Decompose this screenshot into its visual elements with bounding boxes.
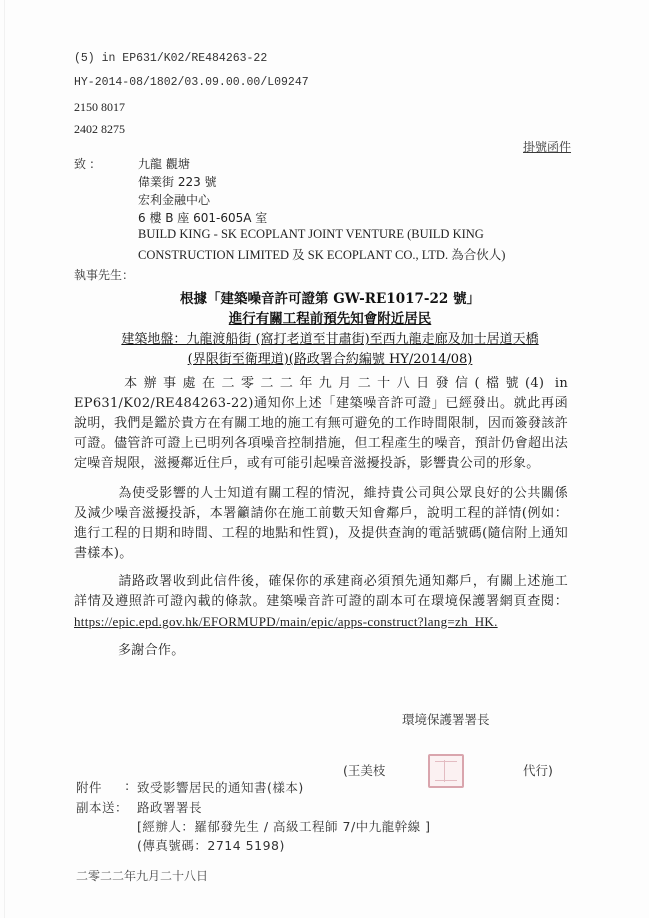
signatory-name: (王美枝: [343, 761, 385, 779]
paragraph-text: 為使受影響的人士知道有關工程的情況，維持貴公司與公眾良好的公共關係及減少噪音滋擾…: [74, 486, 568, 561]
address-line: 九龍 觀塘: [138, 155, 190, 172]
subject-line-notice: 進行有關工程前預先知會附近居民: [229, 311, 432, 327]
telephone-number: 2150 8017: [74, 100, 125, 115]
address-line: 宏利金融中心: [138, 191, 210, 208]
recipient-company-partners: CONSTRUCTION LIMITED 及 SK ECOPLANT CO., …: [138, 245, 505, 263]
address-line: 偉業街 223 號: [138, 173, 217, 190]
official-seal-stamp: [428, 754, 464, 788]
epd-permit-link[interactable]: https://epic.epd.gov.hk/EFORMUPD/main/ep…: [74, 614, 498, 629]
subject-block: 根據「建築噪音許可證第 GW-RE1017-22 號」 進行有關工程前預先知會附…: [100, 289, 560, 369]
enclosure-label: 附件: [76, 778, 102, 796]
signatory-title: 環境保護署署長: [402, 710, 490, 728]
file-reference: (5) in EP631/K02/RE484263-22: [74, 52, 267, 65]
recipient-company: BUILD KING - SK ECOPLANT JOINT VENTURE (…: [138, 227, 484, 242]
our-reference: HY-2014-08/1802/03.09.00.00/L09247: [74, 76, 309, 89]
to-label: 致 :: [74, 155, 94, 172]
enclosure-colon: :: [125, 778, 130, 793]
letter-page: (5) in EP631/K02/RE484263-22 HY-2014-08/…: [0, 0, 649, 918]
letter-date: 二零二二年九月二十八日: [76, 867, 208, 884]
cc-recipient: 路政署署長: [137, 798, 202, 816]
cc-handler: [經辦人：羅郁發先生 / 高級工程師 7/中九龍幹線 ]: [137, 817, 431, 835]
body-paragraph-2: 為使受影響的人士知道有關工程的情況，維持貴公司與公眾良好的公共關係及減少噪音滋擾…: [74, 484, 568, 564]
cc-fax: (傳真號碼：2714 5198): [137, 836, 285, 854]
cc-label: 副本送：: [76, 798, 128, 816]
enclosure-value: 致受影響居民的通知書(樣本): [137, 778, 304, 796]
paragraph-text: 請路政署收到此信件後，確保你的承建商必須預先通知鄰戶，有關上述施工詳情及遵照許可…: [74, 574, 568, 609]
subject-line-permit: 根據「建築噪音許可證第 GW-RE1017-22 號」: [100, 289, 560, 309]
closing-text: 多謝合作。: [118, 643, 185, 658]
salutation: 執事先生：: [74, 266, 134, 283]
address-line: 6 樓 B 座 601-605A 室: [138, 209, 267, 226]
subject-line-contract: (界限街至衛理道)(路政署合約編號 HY/2014/08): [188, 352, 473, 367]
paragraph-text: 本辦事處在二零二二年九月二十八日發信(檔號(4) in EP631/K02/RE…: [74, 376, 568, 471]
body-paragraph-3: 請路政署收到此信件後，確保你的承建商必須預先通知鄰戶，有關上述施工詳情及遵照許可…: [74, 572, 568, 633]
scan-edge: [4, 0, 5, 918]
fax-number: 2402 8275: [74, 122, 125, 137]
subject-line-site: 建築地盤：九龍渡船街 (窩打老道至甘肅街)至西九龍走廊及加士居道天橋: [121, 332, 538, 347]
body-paragraph-1: 本辦事處在二零二二年九月二十八日發信(檔號(4) in EP631/K02/RE…: [74, 374, 568, 474]
registered-mail-label: 掛號函件: [523, 138, 571, 155]
closing-paragraph: 多謝合作。: [74, 641, 568, 661]
signatory-acting: 代行): [523, 761, 553, 779]
